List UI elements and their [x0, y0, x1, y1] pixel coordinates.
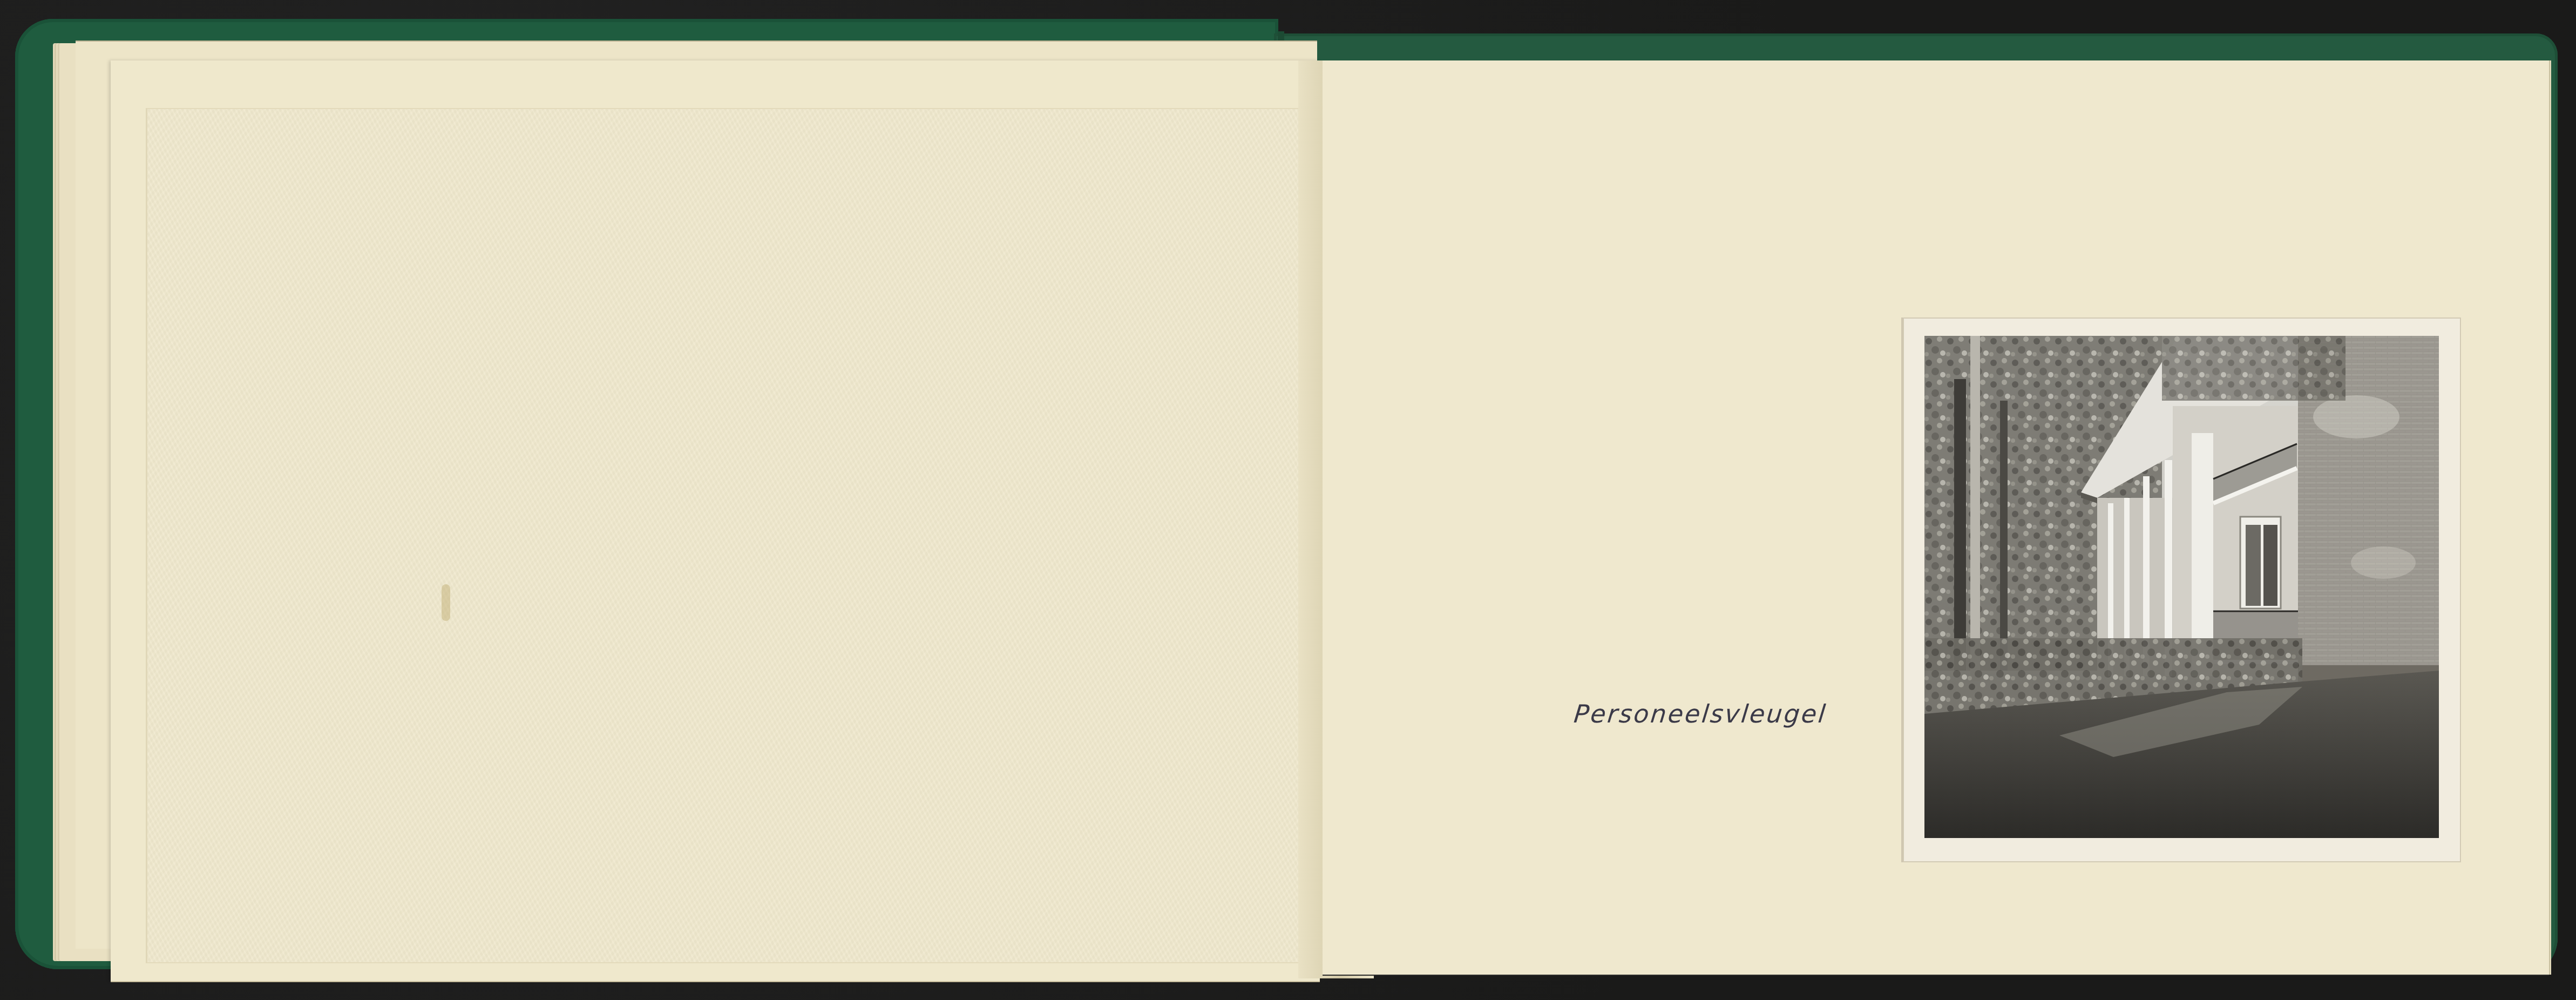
building-photo-image [1924, 336, 2439, 838]
photo-caption: Personeelsvleugel [1571, 699, 1877, 737]
building-photo [1924, 336, 2439, 838]
page-stain [442, 584, 450, 621]
left-page-embossed-panel [146, 108, 1303, 963]
